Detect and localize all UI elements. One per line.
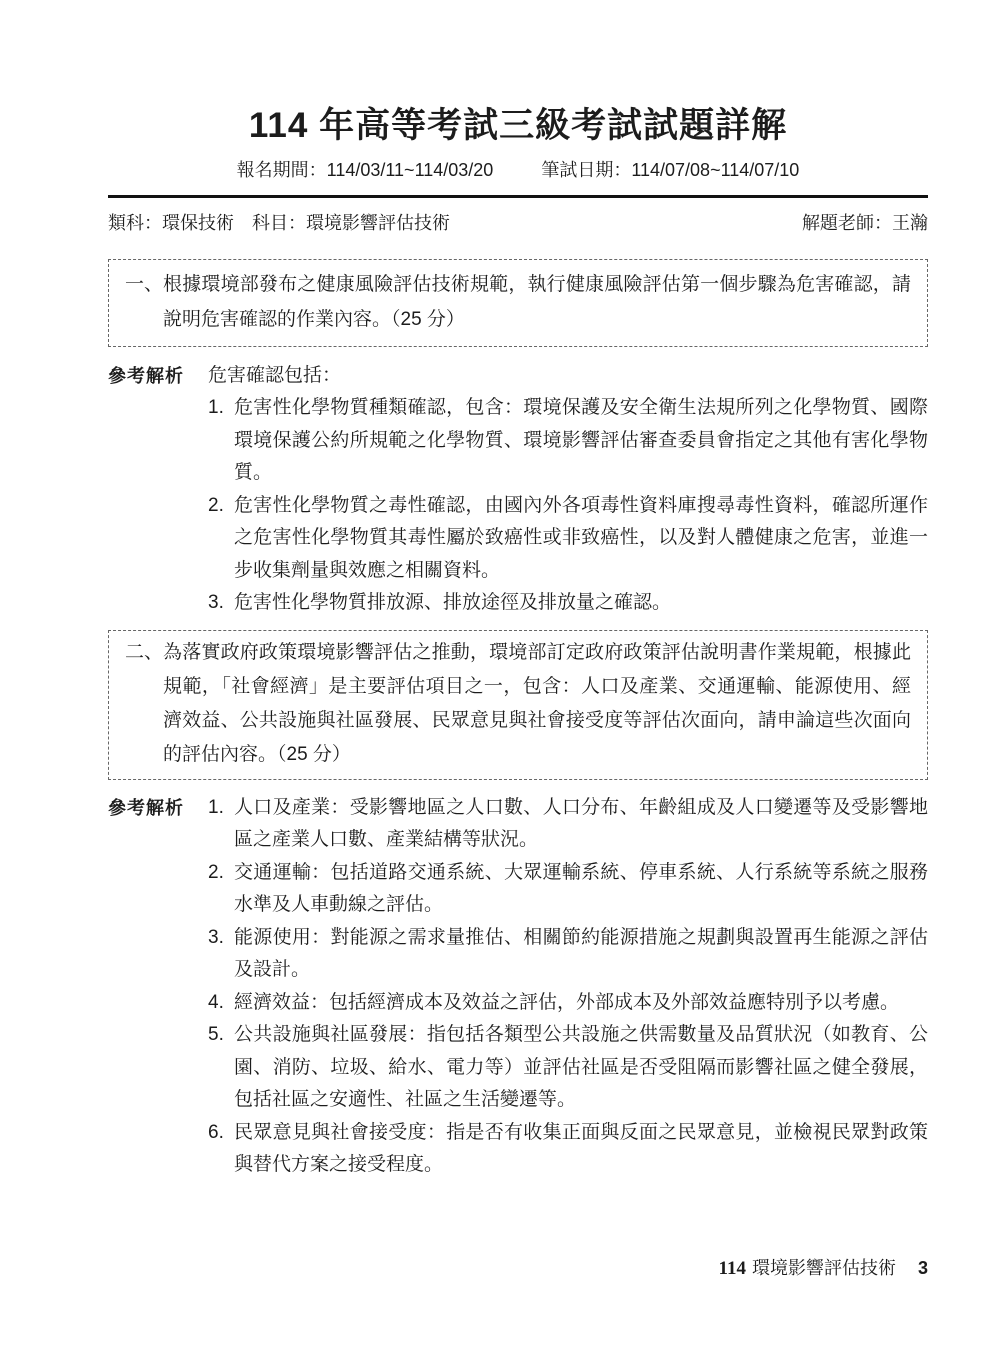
registration-period: 報名期間：114/03/11~114/03/20 bbox=[237, 158, 494, 182]
footer-year: 114 bbox=[719, 1258, 746, 1279]
list-item-number: 2. bbox=[208, 857, 234, 922]
analysis-2-content: 1. 人口及產業：受影響地區之人口數、人口分布、年齡組成及人口變遷等及受影響地區… bbox=[208, 792, 928, 1182]
solver-teacher: 解題老師：王瀚 bbox=[802, 211, 928, 235]
question-1-box: 一、 根據環境部發布之健康風險評估技術規範，執行健康風險評估第一個步驟為危害確認… bbox=[108, 259, 928, 347]
list-item-text: 民眾意見與社會接受度：指是否有收集正面與反面之民眾意見，並檢視民眾對政策與替代方… bbox=[234, 1117, 928, 1182]
list-item-text: 危害性化學物質之毒性確認，由國內外各項毒性資料庫搜尋毒性資料，確認所運作之危害性… bbox=[234, 490, 928, 588]
analysis-1-label: 參考解析 bbox=[108, 360, 208, 620]
analysis-1: 參考解析 危害確認包括： 1. 危害性化學物質種類確認，包含：環境保護及安全衛生… bbox=[108, 360, 928, 620]
list-item: 2. 危害性化學物質之毒性確認，由國內外各項毒性資料庫搜尋毒性資料，確認所運作之… bbox=[208, 490, 928, 588]
analysis-2-label: 參考解析 bbox=[108, 792, 208, 1182]
list-item-number: 3. bbox=[208, 922, 234, 987]
category-subject: 類科：環保技術 科目：環境影響評估技術 bbox=[108, 211, 450, 235]
list-item-number: 1. bbox=[208, 792, 234, 857]
list-item-number: 4. bbox=[208, 987, 234, 1020]
page-title: 114 年高等考試三級考試試題詳解 bbox=[108, 103, 928, 149]
list-item: 3. 能源使用：對能源之需求量推估、相關節約能源措施之規劃與設置再生能源之評估及… bbox=[208, 922, 928, 987]
analysis-1-content: 危害確認包括： 1. 危害性化學物質種類確認，包含：環境保護及安全衛生法規所列之… bbox=[208, 360, 928, 620]
list-item: 5. 公共設施與社區發展：指包括各類型公共設施之供需數量及品質狀況（如教育、公園… bbox=[208, 1019, 928, 1117]
list-item: 1. 人口及產業：受影響地區之人口數、人口分布、年齡組成及人口變遷等及受影響地區… bbox=[208, 792, 928, 857]
list-item: 6. 民眾意見與社會接受度：指是否有收集正面與反面之民眾意見，並檢視民眾對政策與… bbox=[208, 1117, 928, 1182]
list-item-text: 交通運輸：包括道路交通系統、大眾運輸系統、停車系統、人行系統等系統之服務水準及人… bbox=[234, 857, 928, 922]
exam-dates-line: 報名期間：114/03/11~114/03/20 筆試日期：114/07/08~… bbox=[108, 158, 928, 182]
subject-meta-line: 類科：環保技術 科目：環境影響評估技術 解題老師：王瀚 bbox=[108, 211, 928, 235]
footer-subject: 環境影響評估技術 bbox=[752, 1258, 896, 1278]
page-footer: 114環境影響評估技術3 bbox=[719, 1256, 928, 1281]
written-exam-date: 筆試日期：114/07/08~114/07/10 bbox=[541, 158, 799, 182]
list-item-text: 人口及產業：受影響地區之人口數、人口分布、年齡組成及人口變遷等及受影響地區之產業… bbox=[234, 792, 928, 857]
list-item-number: 5. bbox=[208, 1019, 234, 1117]
question-2-box: 二、 為落實政府政策環境影響評估之推動，環境部訂定政府政策評估說明書作業規範，根… bbox=[108, 630, 928, 780]
footer-page-number: 3 bbox=[918, 1258, 928, 1278]
question-1-number: 一、 bbox=[125, 267, 163, 337]
question-1-text: 根據環境部發布之健康風險評估技術規範，執行健康風險評估第一個步驟為危害確認，請說… bbox=[163, 267, 911, 337]
list-item-text: 危害性化學物質排放源、排放途徑及排放量之確認。 bbox=[234, 587, 928, 620]
analysis-1-intro: 危害確認包括： bbox=[208, 360, 928, 393]
list-item-number: 1. bbox=[208, 392, 234, 490]
question-2-number: 二、 bbox=[125, 636, 163, 772]
list-item-text: 公共設施與社區發展：指包括各類型公共設施之供需數量及品質狀況（如教育、公園、消防… bbox=[234, 1019, 928, 1117]
list-item-number: 6. bbox=[208, 1117, 234, 1182]
list-item: 1. 危害性化學物質種類確認，包含：環境保護及安全衛生法規所列之化學物質、國際環… bbox=[208, 392, 928, 490]
header-divider bbox=[108, 195, 928, 198]
list-item-text: 經濟效益：包括經濟成本及效益之評估，外部成本及外部效益應特別予以考慮。 bbox=[234, 987, 928, 1020]
document-header: 114 年高等考試三級考試試題詳解 報名期間：114/03/11~114/03/… bbox=[108, 103, 928, 235]
list-item: 3. 危害性化學物質排放源、排放途徑及排放量之確認。 bbox=[208, 587, 928, 620]
list-item-number: 3. bbox=[208, 587, 234, 620]
list-item: 4. 經濟效益：包括經濟成本及效益之評估，外部成本及外部效益應特別予以考慮。 bbox=[208, 987, 928, 1020]
list-item-text: 危害性化學物質種類確認，包含：環境保護及安全衛生法規所列之化學物質、國際環境保護… bbox=[234, 392, 928, 490]
list-item: 2. 交通運輸：包括道路交通系統、大眾運輸系統、停車系統、人行系統等系統之服務水… bbox=[208, 857, 928, 922]
document-page: 114 年高等考試三級考試試題詳解 報名期間：114/03/11~114/03/… bbox=[0, 0, 1000, 1353]
list-item-number: 2. bbox=[208, 490, 234, 588]
analysis-2: 參考解析 1. 人口及產業：受影響地區之人口數、人口分布、年齡組成及人口變遷等及… bbox=[108, 792, 928, 1182]
question-2-text: 為落實政府政策環境影響評估之推動，環境部訂定政府政策評估說明書作業規範，根據此規… bbox=[163, 636, 911, 772]
list-item-text: 能源使用：對能源之需求量推估、相關節約能源措施之規劃與設置再生能源之評估及設計。 bbox=[234, 922, 928, 987]
